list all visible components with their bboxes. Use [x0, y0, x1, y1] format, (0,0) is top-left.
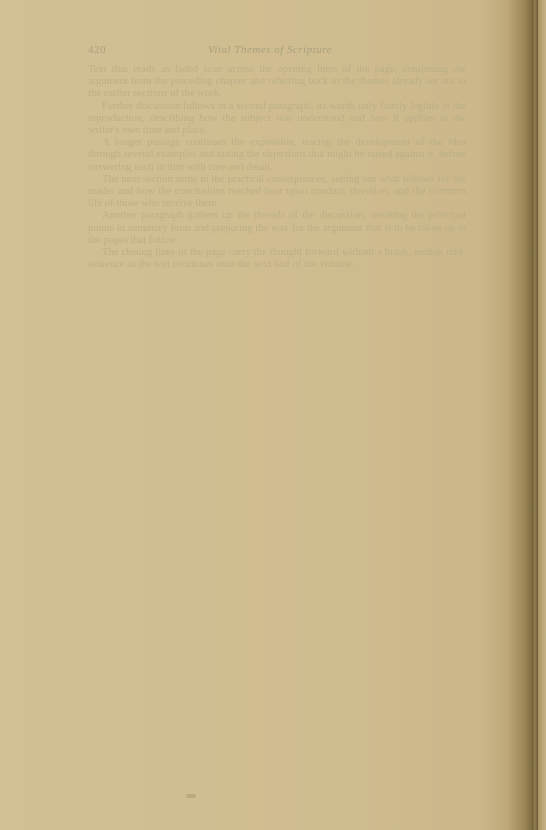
page-header: 420 Vital Themes of Scripture [88, 44, 476, 60]
page-number: 420 [88, 44, 106, 56]
paragraph: The closing lines of the page carry the … [88, 247, 466, 271]
page-body-text: Text that reads as faded scan across the… [88, 64, 466, 271]
paragraph: Further discussion follows in a second p… [88, 101, 466, 138]
book-page: 420 Vital Themes of Scripture Text that … [0, 0, 546, 830]
footer-mark [186, 794, 196, 798]
paragraph: The next section turns to the practical … [88, 174, 466, 211]
page-binding-shadow [532, 0, 538, 830]
paragraph: Another paragraph gathers up the threads… [88, 210, 466, 247]
paragraph: A longer passage continues the expositio… [88, 137, 466, 174]
paragraph: Text that reads as faded scan across the… [88, 64, 466, 101]
running-head: Vital Themes of Scripture [208, 44, 332, 56]
